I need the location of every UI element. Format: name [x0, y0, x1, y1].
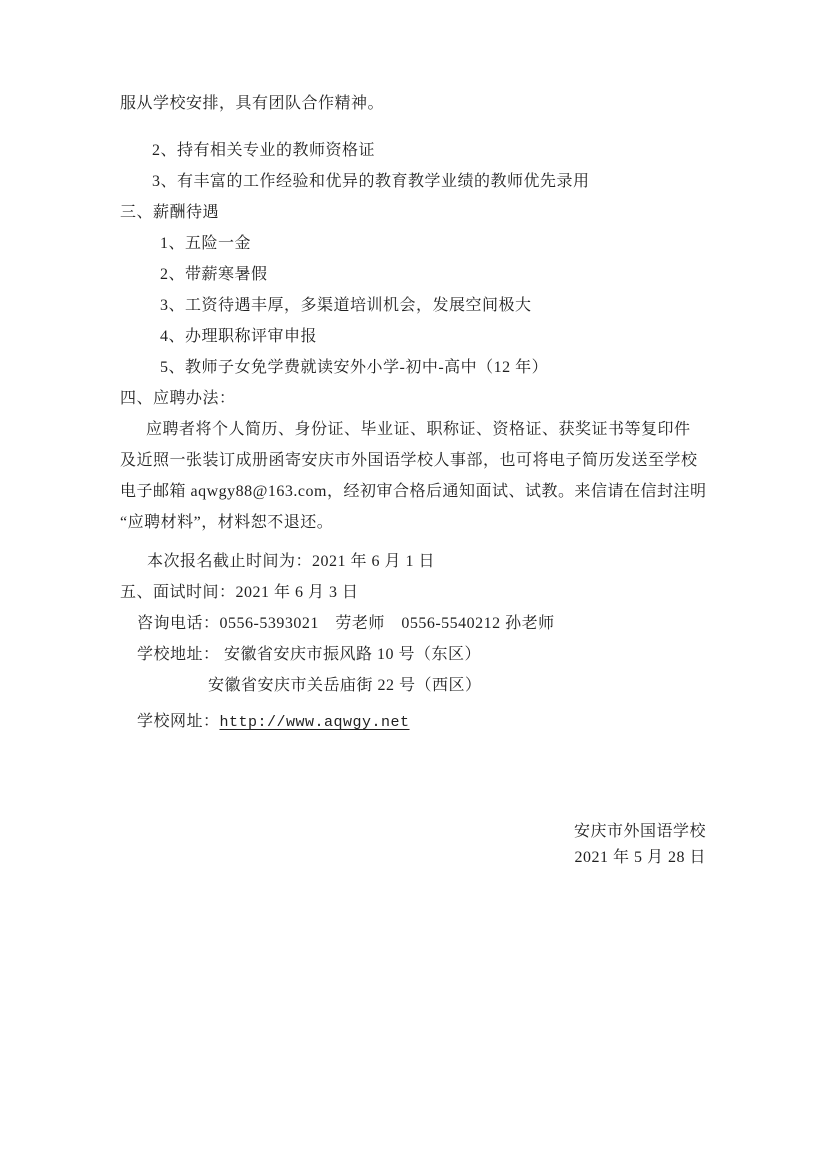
school-address-label: 学校地址：: [137, 646, 220, 663]
benefit-item-4: 4、办理职称评审申报: [160, 321, 714, 352]
contact-phone-line: 咨询电话：0556-5393021 劳老师 0556-5540212 孙老师: [137, 608, 714, 639]
document-page: 服从学校安排，具有团队合作精神。 2、持有相关专业的教师资格证 3、有丰富的工作…: [0, 0, 827, 1169]
school-website-line: 学校网址：http://www.aqwgy.net: [137, 706, 714, 738]
signature-block: 安庆市外国语学校 2021 年 5 月 28 日: [120, 819, 714, 871]
paragraph-continuation: 服从学校安排，具有团队合作精神。: [120, 88, 714, 119]
school-address-east: 安徽省安庆市振风路 10 号（东区）: [224, 646, 481, 663]
apply-paragraph-line-1: 应聘者将个人简历、身份证、毕业证、职称证、资格证、获奖证书等复印件: [120, 414, 714, 445]
application-deadline: 本次报名截止时间为：2021 年 6 月 1 日: [147, 546, 714, 577]
benefit-item-1: 1、五险一金: [160, 228, 714, 259]
condition-item-2: 2、持有相关专业的教师资格证: [152, 135, 714, 166]
benefit-item-3: 3、工资待遇丰厚，多渠道培训机会，发展空间极大: [160, 290, 714, 321]
benefit-item-5: 5、教师子女免学费就读安外小学-初中-高中（12 年）: [160, 352, 714, 383]
signature-organization: 安庆市外国语学校: [120, 819, 706, 845]
document-content: 服从学校安排，具有团队合作精神。 2、持有相关专业的教师资格证 3、有丰富的工作…: [120, 88, 714, 871]
school-address-west: 安徽省安庆市关岳庙街 22 号（西区）: [208, 670, 714, 701]
school-website-link[interactable]: http://www.aqwgy.net: [220, 714, 410, 731]
signature-date: 2021 年 5 月 28 日: [120, 845, 706, 871]
apply-paragraph-line-2: 及近照一张装订成册函寄安庆市外国语学校人事部，也可将电子简历发送至学校: [120, 445, 714, 476]
apply-paragraph-line-4: “应聘材料”，材料恕不退还。: [120, 507, 714, 538]
section-heading-salary: 三、薪酬待遇: [120, 197, 714, 228]
section-heading-interview: 五、面试时间：2021 年 6 月 3 日: [120, 577, 714, 608]
school-address-line-east: 学校地址： 安徽省安庆市振风路 10 号（东区）: [137, 639, 714, 670]
apply-paragraph-line-3: 电子邮箱 aqwgy88@163.com，经初审合格后通知面试、试教。来信请在信…: [120, 476, 714, 507]
benefit-item-2: 2、带薪寒暑假: [160, 259, 714, 290]
section-heading-apply: 四、应聘办法：: [120, 383, 714, 414]
school-website-label: 学校网址：: [137, 713, 220, 730]
condition-item-3: 3、有丰富的工作经验和优异的教育教学业绩的教师优先录用: [152, 166, 714, 197]
